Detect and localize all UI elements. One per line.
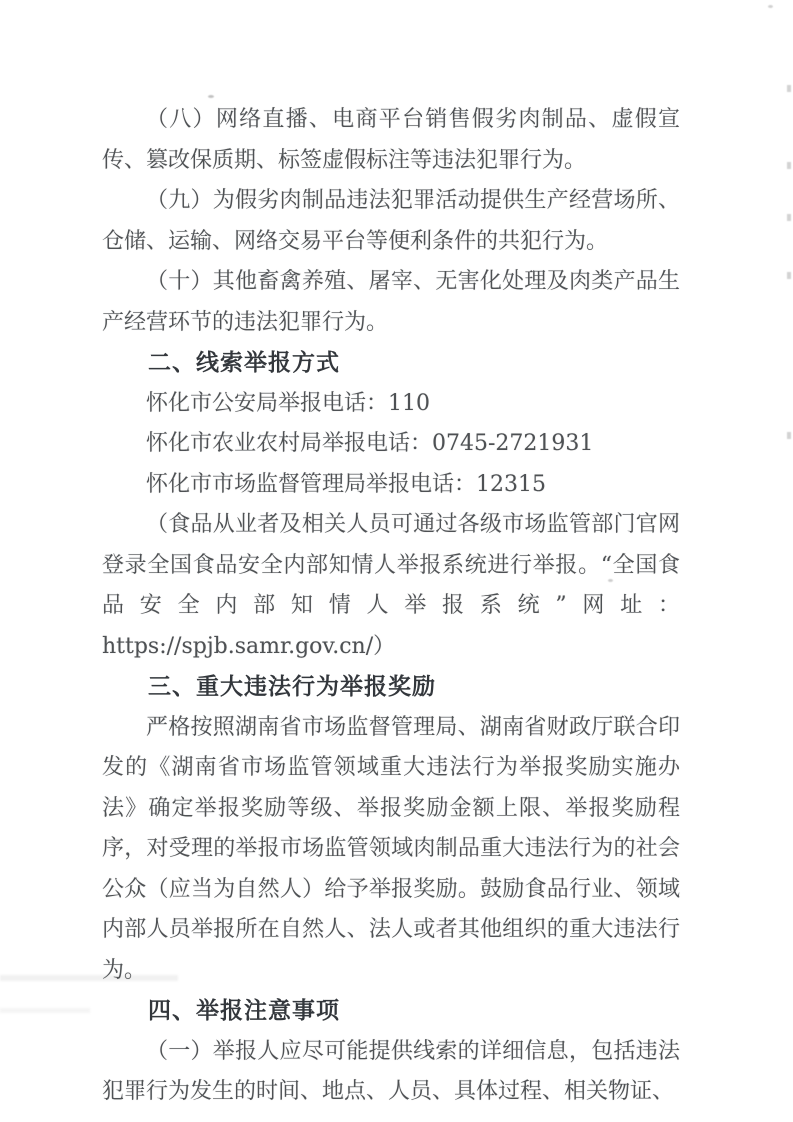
section-heading-3: 三、重大违法行为举报奖励 [102, 667, 680, 708]
paragraph-note-1: （一）举报人应尽可能提供线索的详细信息，包括违法犯罪行为发生的时间、地点、人员、… [102, 1032, 680, 1113]
scan-speck [208, 95, 214, 98]
phone-line-market-supervision: 怀化市市场监督管理局举报电话：12315 [102, 465, 680, 506]
scan-edge-mark [787, 272, 791, 279]
scan-edge-mark [787, 162, 791, 169]
scan-edge-mark [787, 85, 791, 92]
scan-streak [0, 1008, 90, 1013]
scan-speck [768, 5, 773, 8]
section-heading-2: 二、线索举报方式 [102, 343, 680, 384]
paragraph-item-8: （八）网络直播、电商平台销售假劣肉制品、虚假宣传、篡改保质期、标签虚假标注等违法… [102, 100, 680, 181]
phone-line-public-security: 怀化市公安局举报电话：110 [102, 384, 680, 425]
section-heading-4: 四、举报注意事项 [102, 991, 680, 1032]
document-page: （八）网络直播、电商平台销售假劣肉制品、虚假宣传、篡改保质期、标签虚假标注等违法… [0, 0, 793, 1122]
scan-edge-mark [787, 432, 791, 439]
scan-edge-mark [787, 214, 791, 221]
paragraph-report-system: （食品从业者及相关人员可通过各级市场监管部门官网登录全国食品安全内部知情人举报系… [102, 505, 680, 667]
phone-line-agriculture: 怀化市农业农村局举报电话：0745-2721931 [102, 424, 680, 465]
paragraph-reward-policy: 严格按照湖南省市场监督管理局、湖南省财政厅联合印发的《湖南省市场监管领域重大违法… [102, 708, 680, 992]
paragraph-item-10: （十）其他畜禽养殖、屠宰、无害化处理及肉类产品生产经营环节的违法犯罪行为。 [102, 262, 680, 343]
document-body: （八）网络直播、电商平台销售假劣肉制品、虚假宣传、篡改保质期、标签虚假标注等违法… [102, 100, 680, 1113]
paragraph-item-9: （九）为假劣肉制品违法犯罪活动提供生产经营场所、仓储、运输、网络交易平台等便利条… [102, 181, 680, 262]
